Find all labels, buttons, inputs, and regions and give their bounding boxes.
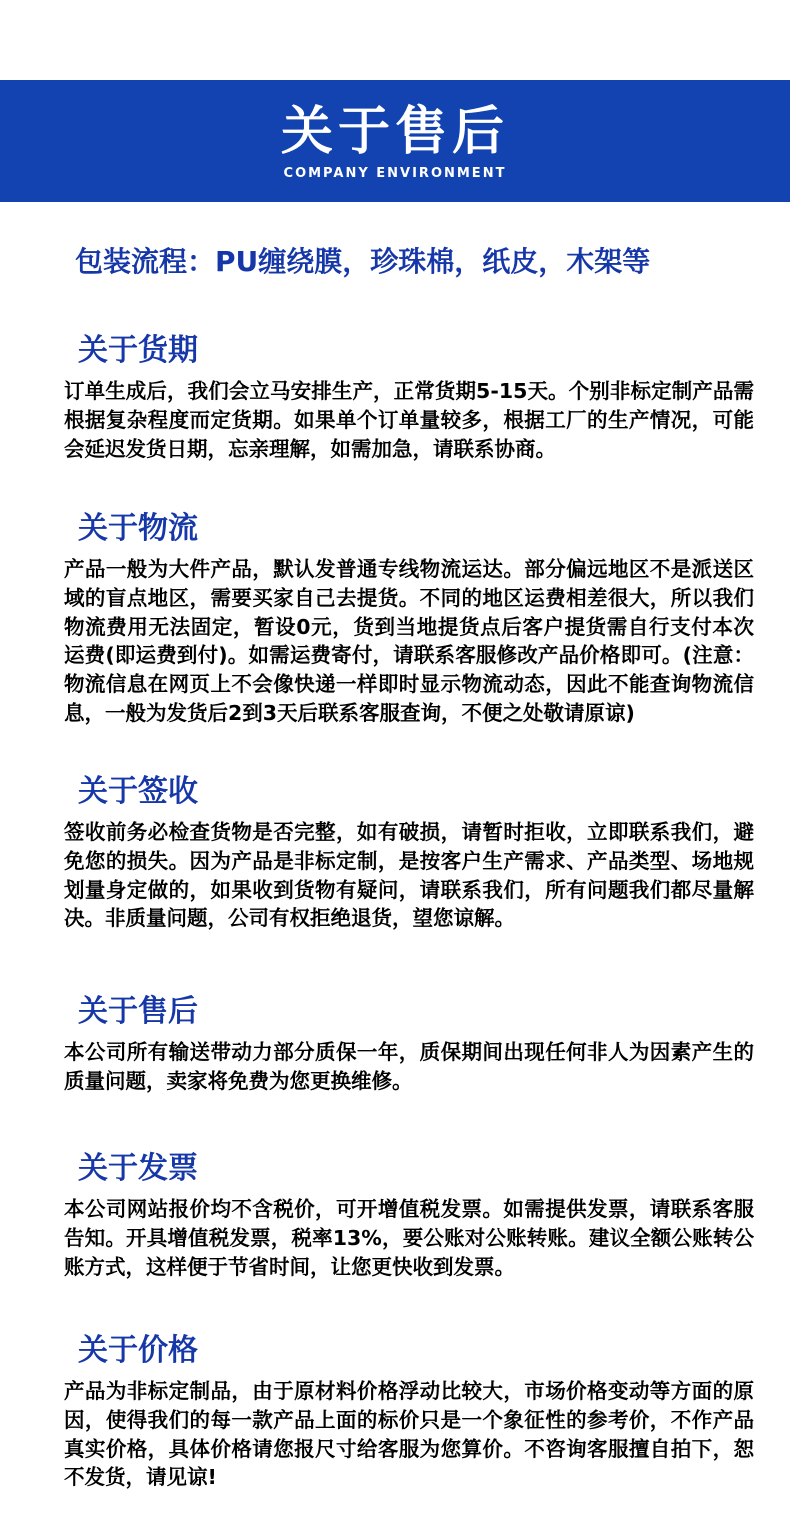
after-sales-info-page: 关于售后 COMPANY ENVIRONMENT 包装流程：PU缠绕膜，珍珠棉，…	[0, 0, 790, 1537]
section-heading: 关于发票	[78, 1154, 790, 1184]
section-heading: 关于售后	[78, 997, 790, 1027]
section-invoice: 关于发票 本公司网站报价均不含税价，可开增值税发票。如需提供发票，请联系客服告知…	[0, 1154, 790, 1281]
section-body: 产品一般为大件产品，默认发普通专线物流运达。部分偏远地区不是派送区域的盲点地区，…	[64, 555, 754, 728]
section-after-sales: 关于售后 本公司所有输送带动力部分质保一年，质保期间出现任何非人为因素产生的质量…	[0, 997, 790, 1096]
banner-subtitle: COMPANY ENVIRONMENT	[0, 167, 790, 180]
section-body: 订单生成后，我们会立马安排生产，正常货期5-15天。个别非标定制产品需根据复杂程…	[64, 377, 754, 463]
header-banner: 关于售后 COMPANY ENVIRONMENT	[0, 80, 790, 202]
section-price: 关于价格 产品为非标定制品，由于原材料价格浮动比较大，市场价格变动等方面的原因，…	[0, 1336, 790, 1492]
section-heading: 关于物流	[78, 514, 790, 544]
banner-title: 关于售后	[0, 80, 790, 158]
section-heading: 关于签收	[78, 777, 790, 807]
section-logistics: 关于物流 产品一般为大件产品，默认发普通专线物流运达。部分偏远地区不是派送区域的…	[0, 514, 790, 728]
section-delivery-time: 关于货期 订单生成后，我们会立马安排生产，正常货期5-15天。个别非标定制产品需…	[0, 336, 790, 463]
section-body: 签收前务必检查货物是否完整，如有破损，请暂时拒收，立即联系我们，避免您的损失。因…	[64, 818, 754, 933]
section-body: 本公司网站报价均不含税价，可开增值税发票。如需提供发票，请联系客服告知。开具增值…	[64, 1195, 754, 1281]
section-heading: 关于货期	[78, 336, 790, 366]
section-body: 产品为非标定制品，由于原材料价格浮动比较大，市场价格变动等方面的原因，使得我们的…	[64, 1377, 754, 1492]
section-heading: 关于价格	[78, 1336, 790, 1366]
section-receipt-signing: 关于签收 签收前务必检查货物是否完整，如有破损，请暂时拒收，立即联系我们，避免您…	[0, 777, 790, 933]
packaging-process-line: 包装流程：PU缠绕膜，珍珠棉，纸皮，木架等	[75, 246, 650, 278]
section-body: 本公司所有输送带动力部分质保一年，质保期间出现任何非人为因素产生的质量问题，卖家…	[64, 1038, 754, 1096]
